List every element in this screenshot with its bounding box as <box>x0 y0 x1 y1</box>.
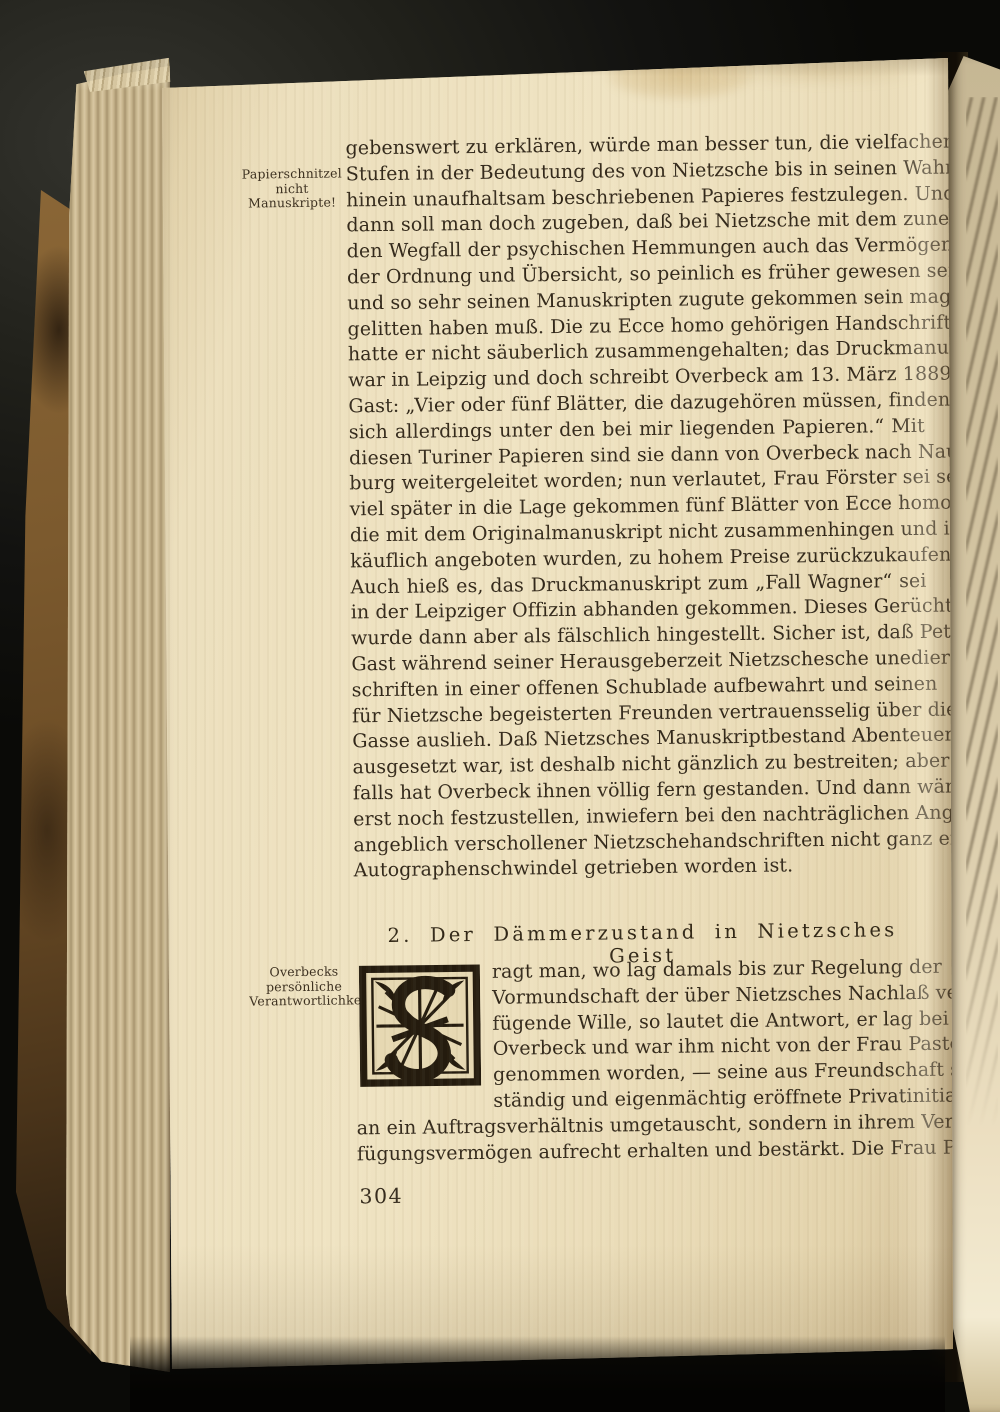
margin-note-line: Manuskripte! <box>237 195 347 211</box>
body-text-line: Autographenschwindel getrieben worden is… <box>354 852 930 884</box>
page-stack-fore-edge <box>66 58 170 1372</box>
page-content: PapierschnitzelnichtManuskripte! Overbec… <box>143 50 970 1381</box>
next-page-blurred-text <box>966 97 998 1128</box>
drop-cap-initial-woodcut <box>359 962 481 1089</box>
margin-note-line: Overbecks <box>249 964 359 980</box>
page-number: 304 <box>359 1184 403 1208</box>
margin-note-overbecks: OverbeckspersönlicheVerantwortlichkeit <box>249 964 359 1009</box>
book-bottom-shadow <box>130 1336 945 1412</box>
margin-note-line: Verantwortlichkeit <box>249 993 359 1009</box>
drop-cap-ornament <box>359 962 481 1089</box>
text-column: gebenswert zu erklären, würde man besser… <box>345 50 921 57</box>
margin-note-line: Papierschnitzel <box>237 166 347 182</box>
margin-note-papierschnitzel: PapierschnitzelnichtManuskripte! <box>237 166 347 211</box>
body-paragraph-1: gebenswert zu erklären, würde man besser… <box>345 130 929 885</box>
next-page-edge <box>948 56 1000 1412</box>
book-scan-photo: PapierschnitzelnichtManuskripte! Overbec… <box>0 0 1000 1412</box>
book-page: PapierschnitzelnichtManuskripte! Overbec… <box>150 55 962 1377</box>
body-paragraph-2: ragt man, wo lag damals bis zur Regelung… <box>355 955 933 1168</box>
